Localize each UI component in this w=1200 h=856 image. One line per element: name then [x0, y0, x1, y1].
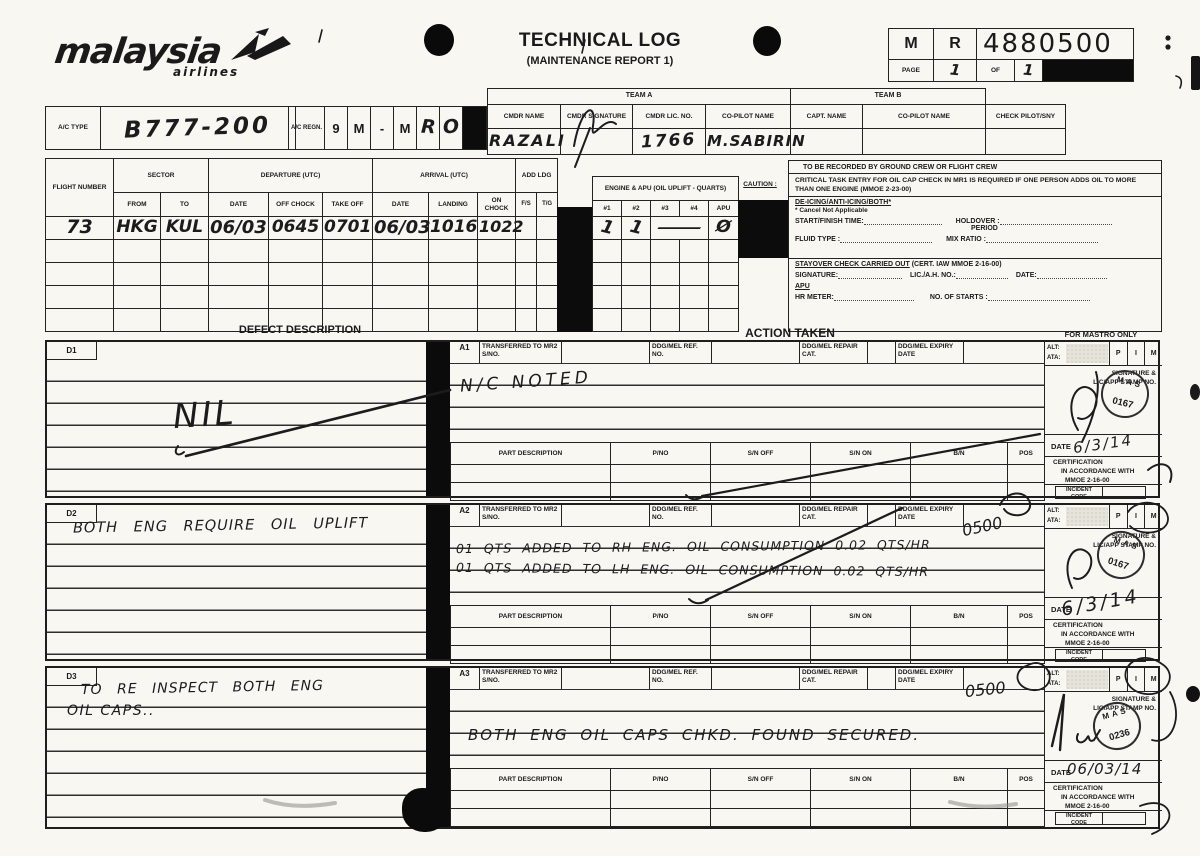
- certification-note: CERTIFICATION IN ACCORDANCE WITH MMOE 2-…: [1045, 456, 1162, 484]
- eng3-label: #3: [651, 201, 680, 217]
- write-in-cell: [562, 342, 650, 363]
- stamp-number: 0167: [1111, 395, 1134, 411]
- table-row: RAZALI 1766 M.SABIRIN: [488, 129, 1066, 155]
- start-finish-label: START/FINISH TIME:: [795, 218, 864, 225]
- capt-name-label: CAPT. NAME: [791, 105, 863, 129]
- action-number: A3: [450, 668, 480, 689]
- part-header-row: PART DESCRIPTION P/NO S/N OFF S/N ON B/N…: [451, 443, 1045, 465]
- signature-label: SIGNATURE:: [795, 272, 838, 279]
- part-table: PART DESCRIPTIONP/NOS/N OFFS/N ONB/NPOS: [450, 605, 1045, 664]
- aircraft-type-table: A/C TYPE B777-200: [45, 106, 296, 150]
- mastro-column: ALT:ATA: P I M SIGNATURE &LIC/APP STAMP …: [1044, 342, 1162, 496]
- departure-label: DEPARTURE (UTC): [209, 159, 373, 193]
- arr-date-label: DATE: [373, 193, 429, 217]
- scanned-technical-log-page: malaysia airlines TECHNICAL LOG (MAINTEN…: [0, 0, 1200, 856]
- flight-number-label: FLIGHT NUMBER: [46, 159, 114, 217]
- regn-cell-handwritten: R: [417, 107, 440, 150]
- cmdr-signature-cell: [561, 129, 633, 155]
- signature-stamp-area: SIGNATURE &LIC/APP STAMP NO. MAS 0167: [1045, 529, 1162, 597]
- regn-cell-handwritten: O: [440, 107, 463, 150]
- mix-ratio-label: MIX RATIO :: [946, 236, 986, 243]
- transferred-label: TRANSFERRED TO MR2 S/NO.: [480, 342, 562, 363]
- signature-stamp-area: SIGNATURE &LIC/APP STAMP NO. MAS 0167: [1045, 366, 1162, 434]
- table-row: [451, 646, 1045, 664]
- caution-label: CAUTION :: [732, 181, 788, 188]
- ddg-ref-label: DDG/MEL REF. NO.: [650, 342, 712, 363]
- action-write-area: BOTH ENG OIL CAPS CHKD. FOUND SECURED. 0…: [450, 690, 1044, 768]
- regn-cell: 9: [325, 107, 348, 150]
- action-area: A3 TRANSFERRED TO MR2 S/NO. DDG/MEL REF.…: [450, 668, 1044, 827]
- ac-type-value-cell: B777-200: [101, 107, 296, 150]
- mastro-column: ALT:ATA: P I M SIGNATURE &LIC/APP STAMP …: [1044, 668, 1162, 827]
- landing-value: 1016: [430, 219, 477, 236]
- defect-area: D1 NIL: [47, 342, 426, 496]
- apu-uplift-value: Ø: [715, 218, 732, 237]
- copilot-b-value: [863, 129, 986, 155]
- holdover-label: HOLDOVER :: [956, 218, 1000, 225]
- date-handwritten: 6/3/14: [1072, 433, 1134, 456]
- stamp-number: 0167: [1106, 556, 1130, 573]
- form-subtitle: (MAINTENANCE REPORT 1): [470, 55, 730, 67]
- table-row: [46, 240, 558, 263]
- code-r-cell: R: [934, 29, 977, 60]
- table-row: [46, 286, 558, 309]
- stamp-number: 0236: [1108, 727, 1131, 743]
- period-label: PERIOD: [971, 225, 1155, 232]
- flight-sector-table: FLIGHT NUMBER SECTOR DEPARTURE (UTC) ARR…: [45, 158, 558, 332]
- table-row: [46, 263, 558, 286]
- table-row: A/C REGN. 9 M - M R O: [289, 107, 487, 150]
- ddg-repair-label: DDG/MEL REPAIR CAT.: [800, 342, 868, 363]
- stamp-org: MAS: [1116, 375, 1144, 390]
- date-row: DATE 6/3/14: [1045, 597, 1162, 619]
- check-pilot-label: CHECK PILOT/SNY: [986, 105, 1066, 129]
- form-title-block: TECHNICAL LOG (MAINTENANCE REPORT 1): [470, 30, 730, 67]
- cmdr-name-value: RAZALI: [488, 129, 561, 155]
- eng34-dash: —: [656, 221, 704, 235]
- blacked-cell: [463, 107, 487, 150]
- copilot-name-value: M.SABIRIN: [706, 129, 791, 155]
- write-in-cell: [868, 342, 896, 363]
- black-separator-bar: [426, 342, 450, 496]
- of-value-handwritten: 1: [1023, 62, 1034, 78]
- logo-bird-icon: [225, 26, 297, 70]
- table-row: [593, 240, 739, 263]
- serial-number-table: M R 4880500 PAGE 1 OF 1: [888, 28, 1134, 82]
- table-row: [451, 628, 1045, 646]
- of-value-cell: 1: [1015, 60, 1043, 82]
- lic-ah-no-label: LIC./A.H. NO.:: [910, 272, 956, 279]
- fluid-row: FLUID TYPE : MIX RATIO :: [795, 235, 1155, 243]
- bn-label: B/N: [911, 443, 1008, 465]
- apu-label: APU: [709, 201, 739, 217]
- defect-handwriting: NIL: [172, 396, 238, 434]
- arr-date-value: 06/03: [374, 219, 431, 237]
- scan-edge-artifact: [1190, 384, 1200, 400]
- table-row: TEAM A TEAM B: [488, 89, 1066, 105]
- to-label: TO: [161, 193, 209, 217]
- action-write-area: 01 QTS ADDED TO RH ENG. OIL CONSUMPTION …: [450, 527, 1044, 605]
- spacer-cell: [986, 89, 1066, 105]
- page-value-cell: 1: [934, 60, 977, 82]
- write-in-cell: [964, 342, 1044, 363]
- punch-hole-right: [753, 26, 781, 56]
- flight-values-row: 73 HKG KUL 06/03 0645 0701 06/03 1016 10…: [46, 217, 558, 240]
- serial-number: 4880500: [977, 29, 1134, 60]
- incident-label: INCIDENT: [1056, 487, 1102, 494]
- table-row: [451, 791, 1045, 809]
- team-a-header: TEAM A: [488, 89, 791, 105]
- defect-handwriting: TO RE INSPECT BOTH ENG: [81, 679, 324, 697]
- table-row: #1 #2 #3 #4 APU: [593, 201, 739, 217]
- start-finish-row: START/FINISH TIME: HOLDOVER :: [795, 217, 1155, 225]
- dep-date-label: DATE: [209, 193, 269, 217]
- alt-ata-row: ALT:ATA: P I M: [1045, 342, 1162, 366]
- dep-date-value: 06/03: [210, 219, 267, 237]
- deicing-title: DE-ICING/ANTI-ICING/BOTH*: [795, 199, 1155, 206]
- eng2-uplift-value: 1: [628, 217, 645, 237]
- for-mastro-only-header: FOR MASTRO ONLY: [1042, 330, 1160, 339]
- no-of-starts-label: NO. OF STARTS :: [930, 294, 988, 301]
- ink-blob-artifact: [402, 788, 448, 832]
- take-off-value: 0701: [324, 219, 371, 236]
- table-row: [593, 286, 739, 309]
- to-value: KUL: [166, 219, 203, 236]
- defect-area: D3 TO RE INSPECT BOTH ENG OIL CAPS..: [47, 668, 426, 827]
- table-row: FLIGHT NUMBER SECTOR DEPARTURE (UTC) ARR…: [46, 159, 558, 193]
- ata-shaded-cell: [1066, 344, 1108, 363]
- hr-meter-row: HR METER: NO. OF STARTS :: [795, 293, 1155, 301]
- black-redaction-cell-engine: [738, 200, 788, 258]
- cancel-note: * Cancel Not Applicable: [795, 207, 1155, 214]
- defect-block-d2: D2 BOTH ENG REQUIRE OIL UPLIFT A2 TRANSF…: [45, 503, 1160, 661]
- blacked-cell: [1043, 60, 1134, 82]
- copilot-name-label: CO-PILOT NAME: [706, 105, 791, 129]
- ac-type-handwritten: B777-200: [124, 114, 272, 142]
- black-redaction-bar-flight: [557, 207, 592, 332]
- table-row: [451, 483, 1045, 501]
- table-row: FROM TO DATE OFF CHOCK TAKE OFF DATE LAN…: [46, 193, 558, 217]
- sn-on-label: S/N ON: [811, 443, 911, 465]
- action-taken-header: ACTION TAKEN: [620, 326, 960, 340]
- incident-code-row: INCIDENTCODE: [1045, 810, 1162, 826]
- check-pilot-value: [986, 129, 1066, 155]
- action-header-row: A1 TRANSFERRED TO MR2 S/NO. DDG/MEL REF.…: [450, 342, 1044, 364]
- black-separator-bar: [426, 505, 450, 659]
- regn-cell: M: [394, 107, 417, 150]
- cmdr-name-label: CMDR NAME: [488, 105, 561, 129]
- scribble: 0500: [964, 680, 1006, 700]
- write-in-cell: [712, 342, 800, 363]
- defect-description-header: DEFECT DESCRIPTION: [140, 324, 460, 336]
- part-description-label: PART DESCRIPTION: [451, 443, 611, 465]
- action-handwriting: BOTH ENG OIL CAPS CHKD. FOUND SECURED.: [468, 728, 920, 743]
- ata-label: ATA:: [1047, 353, 1065, 363]
- i-cell: I: [1127, 342, 1145, 365]
- of-label: OF: [977, 60, 1015, 82]
- regn-cell: -: [371, 107, 394, 150]
- action-area: A2 TRANSFERRED TO MR2 S/NO. DDG/MEL REF.…: [450, 505, 1044, 659]
- fluid-type-label: FLUID TYPE :: [795, 236, 840, 243]
- scan-edge-artifact: [1191, 56, 1200, 90]
- part-header-row: PART DESCRIPTIONP/NOS/N OFFS/N ONB/NPOS: [451, 606, 1045, 628]
- stayover-title: STAYOVER CHECK CARRIED OUT: [795, 261, 910, 268]
- cmdr-lic-value: 1766: [633, 129, 706, 155]
- defect-block-d3: D3 TO RE INSPECT BOTH ENG OIL CAPS.. A3 …: [45, 666, 1160, 829]
- defect-area: D2 BOTH ENG REQUIRE OIL UPLIFT: [47, 505, 426, 659]
- fs-label: F/S: [516, 193, 537, 217]
- off-chock-label: OFF CHOCK: [269, 193, 323, 217]
- table-row: [451, 809, 1045, 827]
- p-cell: P: [1109, 342, 1127, 365]
- alt-ata-row: ALT:ATA: P I M: [1045, 505, 1162, 529]
- arrival-label: ARRIVAL (UTC): [373, 159, 516, 193]
- stayover-cert-ref: (CERT. IAW MMOE 2-16-00): [912, 261, 1002, 268]
- date-label: DATE:: [1016, 272, 1037, 279]
- regn-cell: M: [348, 107, 371, 150]
- date-row: DATE 6/3/14: [1045, 434, 1162, 456]
- action-write-area: N/C NOTED: [450, 364, 1044, 442]
- part-table: PART DESCRIPTIONP/NOS/N OFFS/N ONB/NPOS: [450, 768, 1045, 827]
- incident-code-row: INCIDENTCODE: [1045, 647, 1162, 663]
- defect-number: D1: [47, 342, 97, 360]
- incident-code-cell: [1102, 812, 1146, 825]
- aircraft-regn-table: A/C REGN. 9 M - M R O: [288, 106, 487, 150]
- table-row: CMDR NAME CMDR SIGNATURE CMDR LIC. NO. C…: [488, 105, 1066, 129]
- off-chock-value: 0645: [272, 219, 319, 236]
- table-row: PAGE 1 OF 1: [889, 60, 1134, 82]
- pos-label: POS: [1008, 443, 1045, 465]
- crew-team-table: TEAM A TEAM B CMDR NAME CMDR SIGNATURE C…: [487, 88, 1066, 155]
- stayover-signature-row: SIGNATURE: LIC./A.H. NO.: DATE:: [795, 271, 1155, 279]
- defect-handwriting: OIL CAPS..: [67, 704, 155, 718]
- alt-ata-row: ALT:ATA: P I M: [1045, 668, 1162, 692]
- table-row: [593, 263, 739, 286]
- engine-apu-table: ENGINE & APU (OIL UPLIFT - QUARTS) #1 #2…: [592, 176, 739, 332]
- recorded-by-note: TO BE RECORDED BY GROUND CREW OR FLIGHT …: [789, 161, 1161, 174]
- code-m-cell: M: [889, 29, 934, 60]
- stayover-section: STAYOVER CHECK CARRIED OUT (CERT. IAW MM…: [789, 259, 1161, 303]
- eng1-uplift-value: 1: [599, 217, 616, 237]
- page-label: PAGE: [889, 60, 934, 82]
- action-header-row: A2 TRANSFERRED TO MR2 S/NO. DDG/MEL REF.…: [450, 505, 1044, 527]
- flight-number-value: 73: [66, 218, 92, 237]
- on-chock-label: ON CHOCK: [478, 193, 516, 217]
- incident-code-cell: [1102, 486, 1146, 499]
- alt-label: ALT:: [1047, 343, 1065, 353]
- scan-edge-artifact: [1186, 686, 1200, 702]
- apu-section-label: APU: [795, 283, 1155, 290]
- table-row: A/C TYPE B777-200: [46, 107, 296, 150]
- logo-wordmark: malaysia: [52, 32, 224, 72]
- team-b-header: TEAM B: [791, 89, 986, 105]
- sn-off-label: S/N OFF: [711, 443, 811, 465]
- ac-regn-label: A/C REGN.: [289, 107, 325, 150]
- sector-label: SECTOR: [114, 159, 209, 193]
- engine-apu-title: ENGINE & APU (OIL UPLIFT - QUARTS): [593, 177, 739, 201]
- ata-shaded-cell: [1066, 507, 1108, 526]
- action-area: A1 TRANSFERRED TO MR2 S/NO. DDG/MEL REF.…: [450, 342, 1044, 496]
- engine-values-row: 1 1 — Ø: [593, 217, 739, 240]
- stayover-title-row: STAYOVER CHECK CARRIED OUT (CERT. IAW MM…: [795, 261, 1155, 268]
- eng4-label: #4: [680, 201, 709, 217]
- date-row: DATE 06/03/14: [1045, 760, 1162, 782]
- eng2-label: #2: [622, 201, 651, 217]
- critical-task-note: CRITICAL TASK ENTRY FOR OIL CAP CHECK IN…: [789, 174, 1161, 197]
- page-value-handwritten: 1: [949, 62, 961, 78]
- landing-label: LANDING: [429, 193, 478, 217]
- m-cell: M: [1144, 342, 1162, 365]
- eng1-label: #1: [593, 201, 622, 217]
- part-table: PART DESCRIPTION P/NO S/N OFF S/N ON B/N…: [450, 442, 1045, 501]
- ground-crew-panel: TO BE RECORDED BY GROUND CREW OR FLIGHT …: [788, 160, 1162, 332]
- action-number: A1: [450, 342, 480, 363]
- table-row: M R 4880500: [889, 29, 1134, 60]
- copilot-name-b-label: CO-PILOT NAME: [863, 105, 986, 129]
- from-value: HKG: [116, 219, 157, 236]
- certification-note: CERTIFICATION IN ACCORDANCE WITH MMOE 2-…: [1045, 782, 1162, 810]
- date-handwritten: 06/03/14: [1067, 762, 1142, 777]
- date-label: DATE: [1051, 442, 1071, 451]
- incident-code-cell: [1102, 649, 1146, 662]
- signature-stamp-area: SIGNATURE &LIC/APP STAMP NO. MAS 0236: [1045, 692, 1162, 760]
- ata-shaded-cell: [1066, 670, 1108, 689]
- airline-logo: malaysia airlines: [55, 32, 435, 79]
- cmdr-signature-label: CMDR SIGNATURE: [561, 105, 633, 129]
- cmdr-lic-label: CMDR LIC. NO.: [633, 105, 706, 129]
- hr-meter-label: HR METER:: [795, 294, 834, 301]
- defect-block-d1: D1 NIL A1 TRANSFERRED TO MR2 S/NO. DDG/M…: [45, 340, 1160, 498]
- pno-label: P/NO: [611, 443, 711, 465]
- deicing-section: DE-ICING/ANTI-ICING/BOTH* * Cancel Not A…: [789, 197, 1161, 259]
- on-chock-value: 1022: [479, 219, 524, 235]
- ac-type-label: A/C TYPE: [46, 107, 101, 150]
- table-row: ENGINE & APU (OIL UPLIFT - QUARTS): [593, 177, 739, 201]
- add-ldg-label: ADD LDG: [516, 159, 558, 193]
- action-number: A2: [450, 505, 480, 526]
- from-label: FROM: [114, 193, 161, 217]
- certification-note: CERTIFICATION IN ACCORDANCE WITH MMOE 2-…: [1045, 619, 1162, 647]
- form-title: TECHNICAL LOG: [470, 30, 730, 52]
- table-row: [451, 465, 1045, 483]
- part-header-row: PART DESCRIPTIONP/NOS/N OFFS/N ONB/NPOS: [451, 769, 1045, 791]
- tg-label: T/G: [537, 193, 558, 217]
- action-header-row: A3 TRANSFERRED TO MR2 S/NO. DDG/MEL REF.…: [450, 668, 1044, 690]
- incident-code-row: INCIDENTCODE: [1045, 484, 1162, 500]
- ddg-expiry-label: DDG/MEL EXPIRY DATE: [896, 342, 964, 363]
- mastro-column: ALT:ATA: P I M SIGNATURE &LIC/APP STAMP …: [1044, 505, 1162, 659]
- take-off-label: TAKE OFF: [323, 193, 373, 217]
